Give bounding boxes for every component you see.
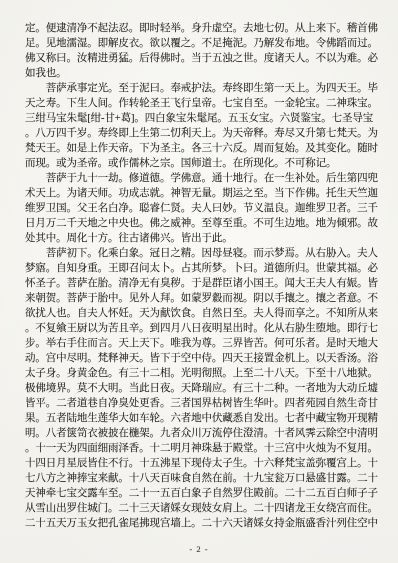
text-line: 日月万二千天地之中央也。佛之威神。至尊至重。不可生边地。地为倾邪。故 [25, 216, 379, 231]
text-line: 来朝贺。菩萨于胎中。见外人拜。如蒙罗縠而视。阴以手攘之。攘之者意。不 [25, 291, 379, 306]
scanned-book-page: 定。便逮清净不起法忍。即时轻举。身升虚空。去地七仞。从上来下。稽首佛 足。见地濡… [0, 0, 398, 563]
text-line: 佛又称曰。汝精进勇猛。后得佛时。当于五浊之世。度诸天人。不以为难。必 [25, 51, 379, 66]
text-line: 三绀马宝朱髦[绀-甘+葛]。四白象宝朱髦尾。五玉女宝。六贤鉴宝。七圣导宝 [25, 111, 379, 126]
text-line: 菩萨于九十一劫。修道德。学佛意。通十地行。在一生补处。后生第四兜 [25, 171, 379, 186]
text-line: 梵天王。如是上作天帝。下为圣主。各三十六反。周而复始。及其变化。随时 [25, 141, 379, 156]
text-line: 菩萨承事定光。至于泥曰。奉戒护法。寿终即生第一天上。为四天王。毕 [25, 81, 379, 96]
text-line: 。八万四千岁。寿终即上生第二忉利天上。为天帝释。寿尽又升第七梵天。为 [25, 126, 379, 141]
text-line: 如我也。 [25, 66, 379, 81]
text-line: 明。八者箧笥衣被披在椸架。九者众川万流停住澄清。十者风霁云除空中清明 [25, 426, 379, 441]
sutra-text-block: 定。便逮清净不起法忍。即时轻举。身升虚空。去地七仞。从上来下。稽首佛 足。见地濡… [25, 21, 379, 531]
text-line: 动。宫中尽明。梵释神天。皆下于空中侍。四天王接置金机上。以天香汤。浴 [25, 351, 379, 366]
text-line: 维罗卫国。父王名白净。聪睿仁贤。夫人曰妙。节义温良。迦维罗卫者。三千 [25, 201, 379, 216]
page-number: - 2 - [0, 544, 398, 554]
text-line: 七八方之神捧宝来献。十八天百味食自然在前。十九宝瓮万口悬盛甘露。二十 [25, 471, 379, 486]
text-line: 。十一天为四面细雨泽香。十二明月神珠悬于殿堂。十三宫中火烛为不复用。 [25, 441, 379, 456]
text-line: 天之寿。下生人间。作转轮圣王飞行皇帝。七宝自至。一金轮宝。二神珠宝。 [25, 96, 379, 111]
text-line: 皆平。二者道巷自净臭处更香。三者国界枯树皆生华叶。四者苑园自然生奇甘 [25, 396, 379, 411]
text-line: 菩萨初下。化乘白象。冠日之精。因母昼寝。而示梦焉。从右胁入。夫人 [25, 246, 379, 261]
text-line: 极佛境界。莫不大明。当此日夜。天降瑞应。有三十二种。一者地为大动丘墟 [25, 381, 379, 396]
text-line: 。不复飨王厨以为苦且辛。到四月八日夜明星出时。化从右胁生堕地。即行七 [25, 321, 379, 336]
text-line: 定。便逮清净不起法忍。即时轻举。身升虚空。去地七仞。从上来下。稽首佛 [25, 21, 379, 36]
text-line: 术天上。为诸天师。功成志就。神智无量。期运之至。当下作佛。托生天竺迦 [25, 186, 379, 201]
text-line: 欲扰人也。自夫人怀妊。天为献饮食。自然日至。夫人得而享之。不知所从来 [25, 306, 379, 321]
text-line: 二十五天万玉女把孔雀尾拂现宫墙上。二十六天诸婇女持金瓶盛香汁列住空中 [25, 516, 379, 531]
text-line: 怀圣子。菩萨在胎。清净无有臭秽。于是群臣诸小国王。闻大王夫人有娠。皆 [25, 276, 379, 291]
text-line: 从雪山出罗住城门。二十三天诸婇女现妓女肩上。二十四诸龙王女绕宫而住。 [25, 501, 379, 516]
text-line: 步。举右手住而言。天上天下。唯我为尊。三界皆苦。何可乐者。是时天地大 [25, 336, 379, 351]
text-line: 太子身。身黄金色。有三十二相。光明彻照。上至二十八天。下至十八地狱。 [25, 366, 379, 381]
text-line: 足。见地濡湿。即解皮衣。欲以覆之。不足掩泥。乃解发布地。令佛蹈而过。 [25, 36, 379, 51]
text-line: 果。五者陆地生莲华大如车轮。六者地中伏藏悉自发出。七者中藏宝物开现精 [25, 411, 379, 426]
text-line: 十四日月星辰皆住不行。十五沸星下现侍太子生。十六释梵宝盖弥覆宫上。十 [25, 456, 379, 471]
text-line: 梦寤。自知身重。王即召问太卜。占其所梦。卜曰。道德所归。世蒙其福。必 [25, 261, 379, 276]
text-line: 天神牵七宝交露车至。二十一五百白象子自然罗住殿前。二十二五百白师子子 [25, 486, 379, 501]
text-line: 而现。或为圣帝。或作儒林之宗。国师道士。在所现化。不可称记。 [25, 156, 379, 171]
text-line: 处其中。周化十方。往古诸佛兴。皆出于此。 [25, 231, 379, 246]
